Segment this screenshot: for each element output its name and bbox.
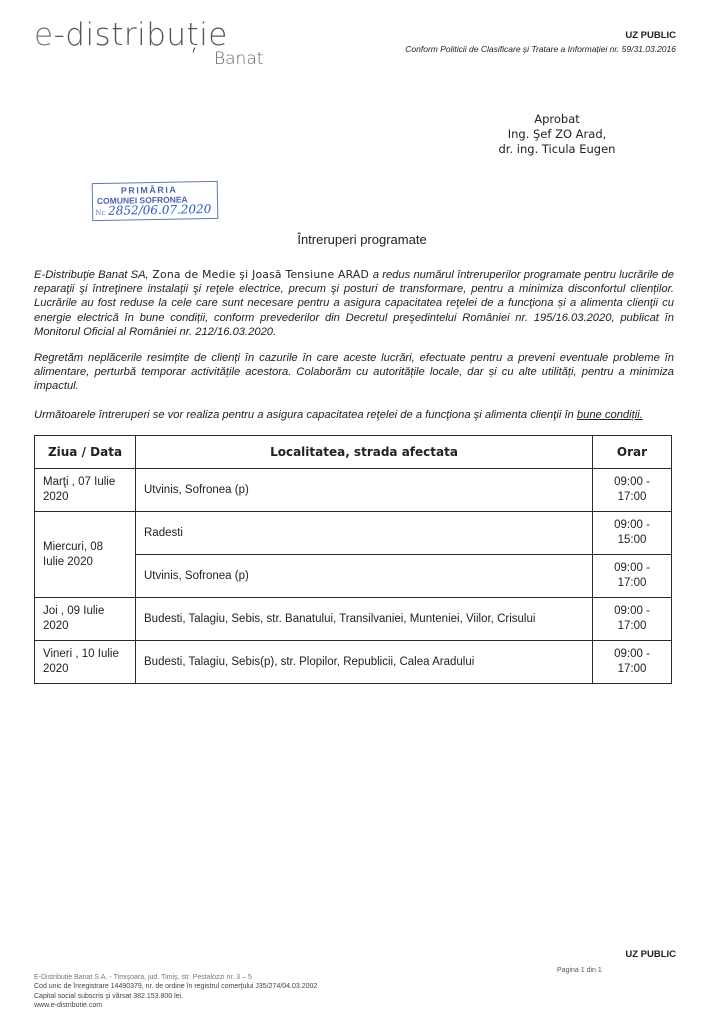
row-location: Budesti, Talagiu, Sebis, str. Banatului,… (136, 598, 593, 641)
classification-header: UZ PUBLIC Conform Politicii de Clasifica… (405, 30, 676, 54)
classification-label: UZ PUBLIC (405, 30, 676, 41)
row-date: Vineri , 10 Iulie 2020 (35, 641, 136, 684)
schedule-intro-paragraph: Următoarele întreruperi se vor realiza p… (34, 408, 674, 422)
classification-footer: UZ PUBLIC (625, 949, 676, 960)
row-time: 09:00 - 17:00 (593, 469, 672, 512)
row-date: Marţi , 07 Iulie 2020 (35, 469, 136, 512)
stamp-number: Nr.2852/06.07.2020 (95, 202, 211, 218)
logo-region: Banat (214, 49, 263, 69)
company-name: E-Distribuţie Banat SA, (34, 269, 149, 281)
stamp-handwritten-number: 2852/06.07.2020 (108, 202, 212, 218)
header-location: Localitatea, strada afectata (136, 436, 593, 469)
approval-status: Aprobat (462, 112, 652, 127)
table-header-row: Ziua / Data Localitatea, strada afectata… (35, 436, 672, 469)
table-row: Marţi , 07 Iulie 2020 Utvinis, Sofronea … (35, 469, 672, 512)
classification-note: Conform Politicii de Clasificare și Trat… (405, 44, 676, 54)
logo-wordmark: e-distribuție (34, 18, 228, 52)
row-time: 09:00 - 17:00 (593, 555, 672, 598)
approval-block: Aprobat Ing. Şef ZO Arad, dr. ing. Ticul… (462, 112, 652, 157)
document-title: Întreruperi programate (0, 232, 724, 247)
schedule-intro-underlined: bune condiții. (577, 409, 643, 421)
row-location: Budesti, Talagiu, Sebis(p), str. Plopilo… (136, 641, 593, 684)
approver-title: Ing. Şef ZO Arad, (462, 127, 652, 142)
table-row: Vineri , 10 Iulie 2020 Budesti, Talagiu,… (35, 641, 672, 684)
logo-e-icon: e (34, 18, 54, 52)
logo-text: -distribuție (54, 17, 228, 53)
footer-registration: Cod unic de înregistrare 14490379, nr. d… (34, 982, 317, 991)
page-number: Pagina 1 din 1 (557, 967, 602, 974)
schedule-intro-text: Următoarele întreruperi se vor realiza p… (34, 409, 577, 421)
company-logo: e-distribuție Banat (34, 18, 228, 52)
table-row: Miercuri, 08 Iulie 2020 Radesti 09:00 - … (35, 512, 672, 555)
row-location: Utvinis, Sofronea (p) (136, 555, 593, 598)
row-location: Utvinis, Sofronea (p) (136, 469, 593, 512)
apology-paragraph: Regretăm neplăcerile resimțite de clienț… (34, 351, 674, 394)
stamp-nr-label: Nr. (95, 209, 106, 217)
table-row: Joi , 09 Iulie 2020 Budesti, Talagiu, Se… (35, 598, 672, 641)
registration-stamp: PRIMĂRIA COMUNEI SOFRONEA Nr.2852/06.07.… (92, 181, 219, 221)
company-footer: E-Distribuție Banat S.A. - Timişoara, ju… (34, 973, 317, 1010)
footer-capital: Capital social subscris şi vărsat 382.15… (34, 992, 317, 1001)
footer-address: E-Distribuție Banat S.A. - Timişoara, ju… (34, 973, 317, 982)
row-date: Miercuri, 08 Iulie 2020 (35, 512, 136, 598)
row-location: Radesti (136, 512, 593, 555)
row-time: 09:00 - 15:00 (593, 512, 672, 555)
header-time: Orar (593, 436, 672, 469)
row-time: 09:00 - 17:00 (593, 598, 672, 641)
outage-schedule-table: Ziua / Data Localitatea, strada afectata… (34, 435, 672, 684)
intro-paragraph: E-Distribuţie Banat SA, Zona de Medie şi… (34, 268, 674, 339)
approver-name: dr. ing. Ticula Eugen (462, 142, 652, 157)
zone-name: Zona de Medie şi Joasă Tensiune ARAD (149, 268, 373, 281)
row-date: Joi , 09 Iulie 2020 (35, 598, 136, 641)
header-date: Ziua / Data (35, 436, 136, 469)
footer-website-link[interactable]: www.e-distributie.com (34, 1001, 317, 1010)
row-time: 09:00 - 17:00 (593, 641, 672, 684)
